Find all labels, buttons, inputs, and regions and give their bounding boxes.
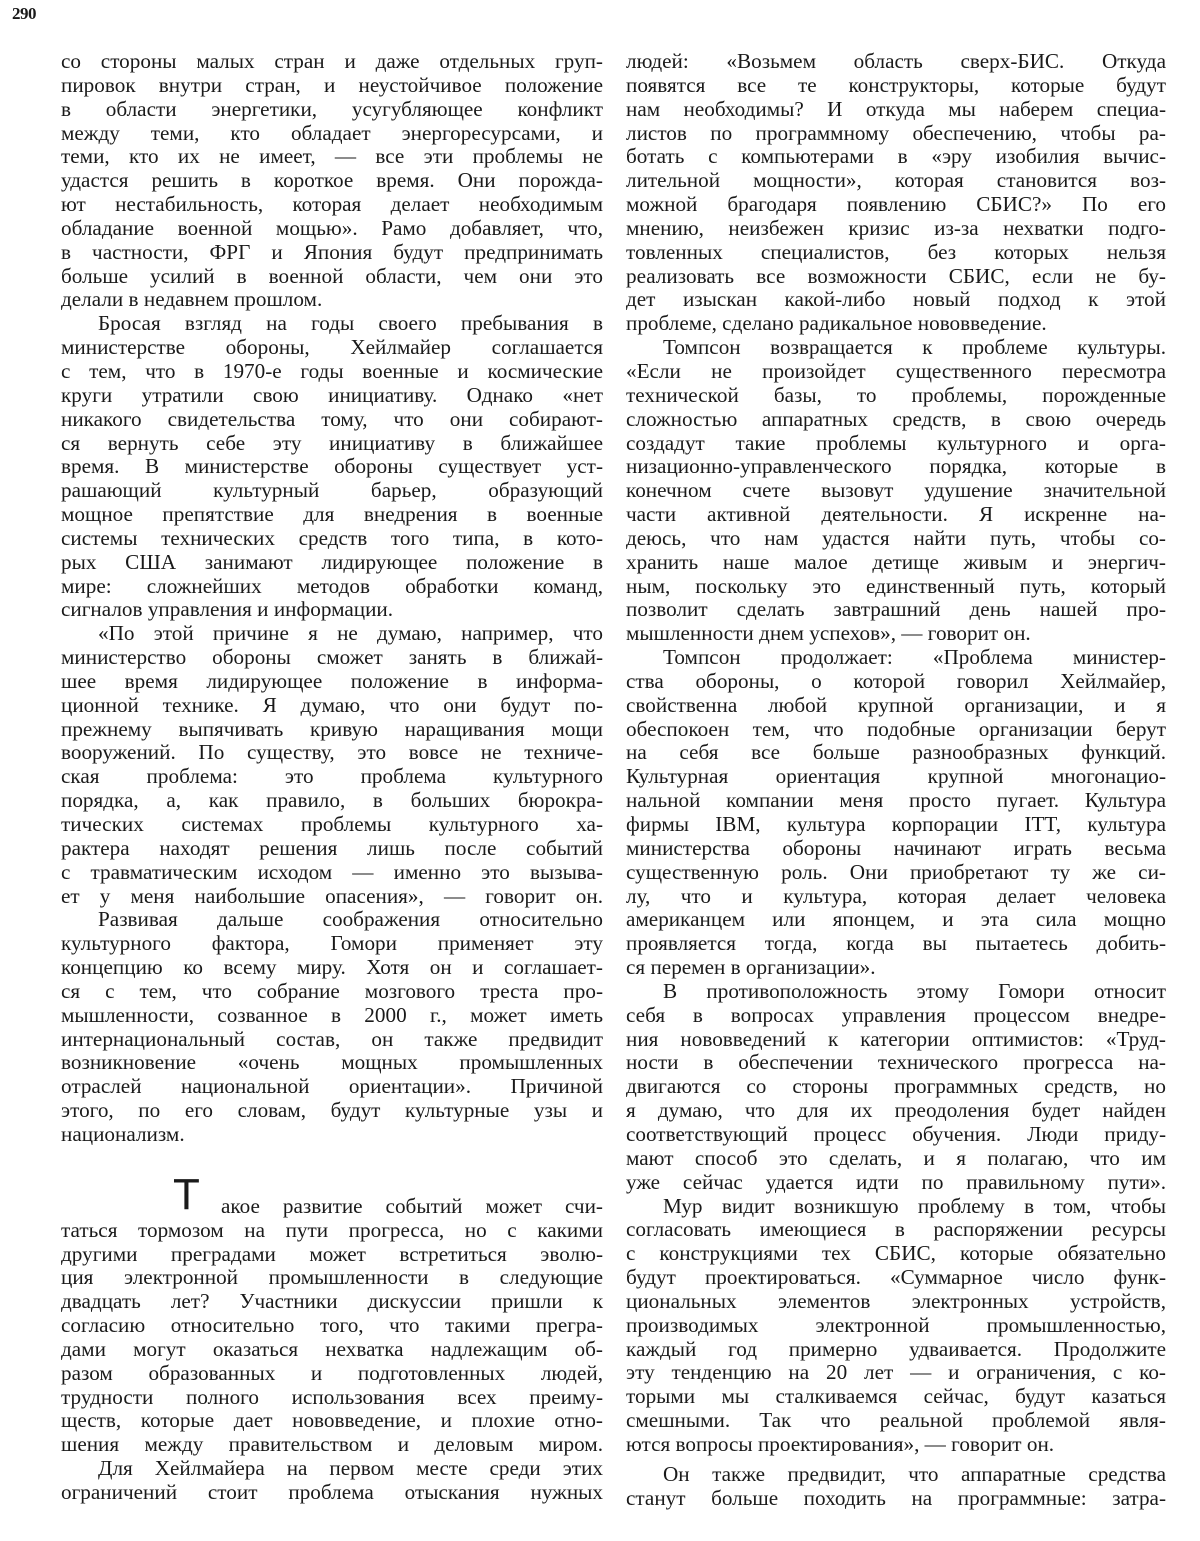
text-line: В противоположность этому Гомори относит [626, 980, 1166, 1004]
text-line: прежнему выпячивать кривую наращивания м… [61, 718, 603, 742]
text-line: каждый год примерно удваивается. Продолж… [626, 1338, 1166, 1362]
text-line: ства обороны, о которой говорил Хейлмайе… [626, 670, 1166, 694]
text-line: с травматическим исходом — именно это вы… [61, 861, 603, 885]
text-line: дами могут оказаться нехватка надлежащим… [61, 1338, 603, 1362]
text-line: порядка, а, как правило, в больших бюрок… [61, 789, 603, 813]
text-line: проявляется тогда, когда вы пытаетесь до… [626, 932, 1166, 956]
text-line: позволит сделать завтрашний день нашей п… [626, 598, 1166, 622]
text-line: ществ, которые дает нововведение, и плох… [61, 1409, 603, 1433]
text-line: Томпсон возвращается к проблеме культуры… [626, 336, 1166, 360]
text-line: ся с тем, что собрание мозгового треста … [61, 980, 603, 1004]
paragraph: «По этой причине я не думаю, например, ч… [61, 622, 603, 908]
text-line: шения между правительством и деловым мир… [61, 1433, 603, 1457]
text-line: лу, что и культура, которая делает челов… [626, 885, 1166, 909]
text-line: «По этой причине я не думаю, например, ч… [61, 622, 603, 646]
text-line: со стороны малых стран и даже отдельных … [61, 50, 603, 74]
text-line: ности в обеспечении технического прогрес… [626, 1051, 1166, 1075]
text-line: проблеме, сделано радикальное нововведен… [626, 312, 1166, 336]
text-line: согласию относительно того, что такими п… [61, 1314, 603, 1338]
text-line: ция электронной промышленности в следующ… [61, 1266, 603, 1290]
text-line: ская проблема: это проблема культурного [61, 765, 603, 789]
text-line: мышленности днем успехов», — говорит он. [626, 622, 1166, 646]
text-line: производимых электронной промышленностью… [626, 1314, 1166, 1338]
text-line: я думаю, что для их преодоления будет на… [626, 1099, 1166, 1123]
text-line: трудности полного использования всех пре… [61, 1386, 603, 1410]
text-line: системы технических средств того типа, в… [61, 527, 603, 551]
text-line: фирмы IBM, культура корпорации ITT, куль… [626, 813, 1166, 837]
text-line: Культурная ориентация крупной многонацио… [626, 765, 1166, 789]
text-line: таться тормозом на пути прогресса, но с … [61, 1219, 603, 1243]
text-line: соответствующий процесс обучения. Люди п… [626, 1123, 1166, 1147]
text-line: интернациональный состав, он также предв… [61, 1028, 603, 1052]
text-line: нам необходимы? И откуда мы наберем спец… [626, 98, 1166, 122]
text-line: с тем, что в 1970-е годы военные и косми… [61, 360, 603, 384]
text-line: на себя все больше разнообразных функций… [626, 741, 1166, 765]
text-line: лительной мощности», которая становится … [626, 169, 1166, 193]
text-line: между теми, кто обладает энергоресурсами… [61, 122, 603, 146]
text-line: ным, поскольку это единственный путь, ко… [626, 575, 1166, 599]
paragraph: Развивая дальше соображения относительно… [61, 908, 603, 1146]
text-line: «Если не произойдет существенного пересм… [626, 360, 1166, 384]
text-line: ся перемен в организации». [626, 956, 1166, 980]
text-line: национализм. [61, 1123, 603, 1147]
text-line: Т акое развитие событий может счи- [61, 1195, 603, 1219]
text-line: дет изыскан какой-либо новый подход к эт… [626, 288, 1166, 312]
text-line: мощное препятствие для внедрения в военн… [61, 503, 603, 527]
text-line: больше усилий в военной области, чем они… [61, 265, 603, 289]
text-line: Томпсон продолжает: «Проблема министер- [626, 646, 1166, 670]
text-line: эту тенденцию на 20 лет — и ограничения,… [626, 1361, 1166, 1385]
drop-cap: Т [173, 1173, 200, 1217]
text-line: Мур видит возникшую проблему в том, чтоб… [626, 1195, 1166, 1219]
text-line: смешными. Так что реальной проблемой явл… [626, 1409, 1166, 1433]
text-line: согласовать имеющиеся в распоряжении рес… [626, 1218, 1166, 1242]
text-line: этого, по его словам, будут культурные у… [61, 1099, 603, 1123]
text-line: существенную роль. Они приобретают ту же… [626, 861, 1166, 885]
text-line: ограничений стоит проблема отыскания нуж… [61, 1481, 603, 1505]
text-line: ционной технике. Я думаю, что они будут … [61, 694, 603, 718]
text-line: свойственна любой крупной организации, и… [626, 694, 1166, 718]
text-line: теми, кто их не имеет, — все эти проблем… [61, 145, 603, 169]
paragraph: Томпсон возвращается к проблеме культуры… [626, 336, 1166, 646]
text-line: время. В министерстве обороны существует… [61, 455, 603, 479]
text-line: обеспокоен тем, что подобные организации… [626, 718, 1166, 742]
text-line: ботать с компьютерами в «эру изобилия вы… [626, 145, 1166, 169]
text-line: в области энергетики, усугубляющее конфл… [61, 98, 603, 122]
text-line: товленных специалистов, без которых нель… [626, 241, 1166, 265]
text-line: торыми мы сталкиваемся сейчас, будут каз… [626, 1385, 1166, 1409]
text-line: появятся все те конструкторы, которые бу… [626, 74, 1166, 98]
text-line: шее время лидирующее положение в информа… [61, 670, 603, 694]
text-line: циональных элементов электронных устройс… [626, 1290, 1166, 1314]
text-line: ют нестабильность, которая делает необхо… [61, 193, 603, 217]
text-line: хранить наше малое детище живым и энерги… [626, 551, 1166, 575]
text-line: уже сейчас удается идти по правильному п… [626, 1171, 1166, 1195]
text-line: министерстве обороны, Хейлмайер соглашае… [61, 336, 603, 360]
text-line: рактера находят решения лишь после событ… [61, 837, 603, 861]
text-line-content: акое развитие событий может счи- [221, 1194, 603, 1218]
text-line: разом образованных и подготовленных люде… [61, 1362, 603, 1386]
text-line: нальной компании меня просто пугает. Кул… [626, 789, 1166, 813]
text-line: Развивая дальше соображения относительно [61, 908, 603, 932]
text-line: делали в недавнем прошлом. [61, 288, 603, 312]
paragraph: Бросая взгляд на годы своего пребывания … [61, 312, 603, 622]
text-line: листов по программному обеспечению, чтоб… [626, 122, 1166, 146]
text-line: в частности, ФРГ и Япония будут предприн… [61, 241, 603, 265]
paragraph: В противоположность этому Гомори относит… [626, 980, 1166, 1195]
text-line: Бросая взгляд на годы своего пребывания … [61, 312, 603, 336]
text-line: реализовать все возможности СБИС, если н… [626, 265, 1166, 289]
paragraph: Томпсон продолжает: «Проблема министер- … [626, 646, 1166, 980]
text-line: удастся решить в короткое время. Они пор… [61, 169, 603, 193]
text-line: сложностью аппаратных средств, в свою оч… [626, 408, 1166, 432]
text-line: станут больше походить на программные: з… [626, 1487, 1166, 1511]
text-line: мают способ это сделать, и я полагаю, чт… [626, 1147, 1166, 1171]
text-line: себя в вопросах управления процессом вне… [626, 1004, 1166, 1028]
text-line: возникновение «очень мощных промышленных [61, 1051, 603, 1075]
text-line: будут проектироваться. «Суммарное число … [626, 1266, 1166, 1290]
text-line: деюсь, что нам удастся найти путь, чтобы… [626, 527, 1166, 551]
text-line: части активной деятельности. Я искренне … [626, 503, 1166, 527]
text-line: ния нововведений к категории оптимистов:… [626, 1028, 1166, 1052]
text-line: технической базы, то проблемы, порожденн… [626, 384, 1166, 408]
text-line: с конструкциями тех СБИС, которые обязат… [626, 1242, 1166, 1266]
text-line: министерства обороны начинают играть вес… [626, 837, 1166, 861]
text-line: другими преградами может встретиться эво… [61, 1243, 603, 1267]
text-line: американцем или японцем, и эта сила мощн… [626, 908, 1166, 932]
text-line: отраслей национальной ориентации». Причи… [61, 1075, 603, 1099]
left-column: со стороны малых стран и даже отдельных … [61, 50, 603, 1505]
text-line: Для Хейлмайера на первом месте среди эти… [61, 1457, 603, 1481]
text-line: пировок внутри стран, и неустойчивое пол… [61, 74, 603, 98]
text-line: ет у меня наибольшие опасения», — говори… [61, 885, 603, 909]
text-line: мире: сложнейших методов обработки коман… [61, 575, 603, 599]
text-line: мышленности, созванное в 2000 г., может … [61, 1004, 603, 1028]
section-break [61, 1147, 603, 1195]
paragraph: со стороны малых стран и даже отдельных … [61, 50, 603, 312]
paragraph: Мур видит возникшую проблему в том, чтоб… [626, 1195, 1166, 1457]
text-line: министерство обороны сможет занять в бли… [61, 646, 603, 670]
text-line: двадцать лет? Участники дискуссии пришли… [61, 1290, 603, 1314]
text-line: создадут такие проблемы культурного и ор… [626, 432, 1166, 456]
text-line: круги утратили свою инициативу. Однако «… [61, 384, 603, 408]
right-column: людей: «Возьмем область сверх-БИС. Откуд… [626, 50, 1166, 1510]
section-paragraph: Т акое развитие событий может счи- татьс… [61, 1195, 603, 1457]
text-line: можной брагодаря появлению СБИС?» По его [626, 193, 1166, 217]
text-line: рашающий культурный барьер, образующий [61, 479, 603, 503]
text-line: никакого свидетельства тому, что они соб… [61, 408, 603, 432]
text-line: Он также предвидит, что аппаратные средс… [626, 1463, 1166, 1487]
text-line: культурного фактора, Гомори применяет эт… [61, 932, 603, 956]
text-line: мнению, неизбежен кризис из-за нехватки … [626, 217, 1166, 241]
text-line: ются вопросы проектирования», — говорит … [626, 1433, 1166, 1457]
page-number: 290 [12, 4, 36, 24]
text-line: концепцию ко всему миру. Хотя он и согла… [61, 956, 603, 980]
text-line: вооружений. По существу, это вовсе не те… [61, 741, 603, 765]
text-line: обладание военной мощью». Рамо добавляет… [61, 217, 603, 241]
text-line: двигаются со стороны программных средств… [626, 1075, 1166, 1099]
paragraph: Он также предвидит, что аппаратные средс… [626, 1463, 1166, 1511]
paragraph: Для Хейлмайера на первом месте среди эти… [61, 1457, 603, 1505]
text-line: ся вернуть себе эту инициативу в ближайш… [61, 432, 603, 456]
paragraph: людей: «Возьмем область сверх-БИС. Откуд… [626, 50, 1166, 336]
text-line: рых США занимают лидирующее положение в [61, 551, 603, 575]
text-line: тических системах проблемы культурного х… [61, 813, 603, 837]
text-line: сигналов управления и информации. [61, 598, 603, 622]
text-line: низационно-управленческого порядка, кото… [626, 455, 1166, 479]
text-line: конечном счете вызовут удушение значител… [626, 479, 1166, 503]
text-line: людей: «Возьмем область сверх-БИС. Откуд… [626, 50, 1166, 74]
